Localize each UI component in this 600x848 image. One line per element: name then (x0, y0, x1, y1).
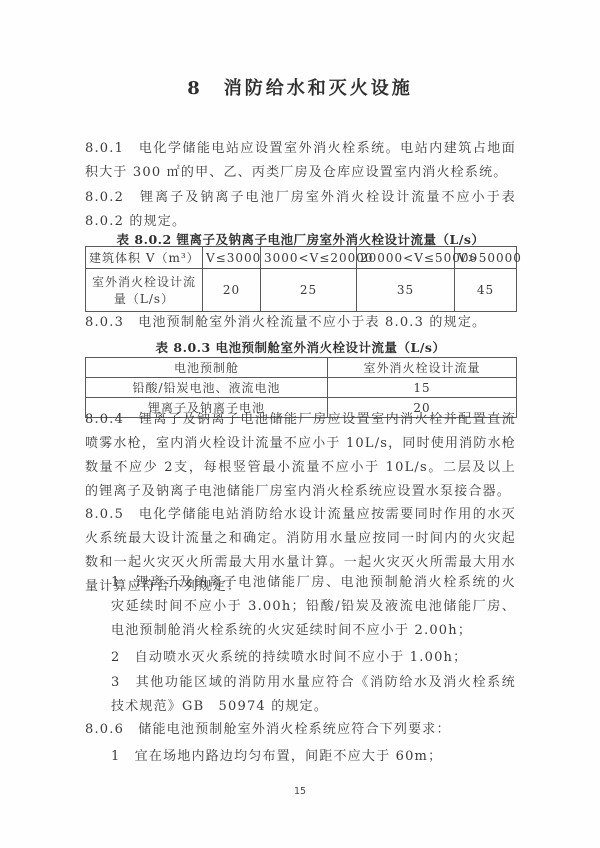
table-header-cell: 20000<V≤50000 (357, 247, 455, 269)
table-cell: 铅酸/铅炭电池、液流电池 (86, 378, 328, 398)
table-header-cell: 室外消火栓设计流量 (328, 358, 517, 378)
table-value-cell: 45 (455, 269, 517, 312)
clause-8-0-2: 8.0.2 锂离子及钠离子电池厂房室外消火栓设计流量不应小于表 8.0.2 的规… (85, 186, 516, 234)
table-value-cell: 25 (261, 269, 357, 312)
table-8-0-2: 建筑体积 V（m³） V≤3000 3000<V≤20000 20000<V≤5… (85, 246, 517, 312)
table-value-cell: 20 (203, 269, 261, 312)
document-page: 8 消防给水和灭火设施 8.0.1 电化学储能电站应设置室外消火栓系统。电站内建… (0, 0, 600, 848)
table-header-cell: V≤3000 (203, 247, 261, 269)
clause-8-0-6-item-1: 1 宜在场地内路边均匀布置，间距不应大于 60m； (85, 745, 516, 769)
clause-8-0-1: 8.0.1 电化学储能电站应设置室外消火栓系统。电站内建筑占地面积大于 300 … (85, 137, 516, 185)
clause-8-0-3: 8.0.3 电池预制舱室外消火栓流量不应小于表 8.0.3 的规定。 (85, 311, 516, 335)
table-row-label: 室外消火栓设计流量（L/s） (86, 269, 203, 312)
clause-8-0-6: 8.0.6 储能电池预制舱室外消火栓系统应符合下列要求： (85, 718, 516, 742)
clause-8-0-4: 8.0.4 锂离子及钠离子电池储能厂房应设置室内消火栓并配置直流喷雾水枪，室内消… (85, 408, 516, 504)
page-number: 15 (0, 786, 600, 797)
table-row: 电池预制舱 室外消火栓设计流量 (86, 358, 517, 378)
clause-8-0-5-item-1: 1 锂离子及钠离子电池储能厂房、电池预制舱消火栓系统的火灾延续时间不应小于 3.… (85, 571, 516, 643)
clause-8-0-5-item-3: 3 其他功能区域的消防用水量应符合《消防给水及消火栓系统技术规范》GB 5097… (85, 671, 516, 719)
table-header-cell: 电池预制舱 (86, 358, 328, 378)
table-header-cell: V>50000 (455, 247, 517, 269)
table-row: 铅酸/铅炭电池、液流电池 15 (86, 378, 517, 398)
page-title: 8 消防给水和灭火设施 (0, 74, 600, 100)
table-row: 建筑体积 V（m³） V≤3000 3000<V≤20000 20000<V≤5… (86, 247, 517, 269)
table-value-cell: 15 (328, 378, 517, 398)
table-value-cell: 35 (357, 269, 455, 312)
clause-8-0-5-item-2: 2 自动喷水灭火系统的持续喷水时间不应小于 1.00h； (85, 646, 516, 670)
table-header-cell: 3000<V≤20000 (261, 247, 357, 269)
table-8-0-3-caption: 表 8.0.3 电池预制舱室外消火栓设计流量（L/s） (85, 338, 516, 356)
table-row: 室外消火栓设计流量（L/s） 20 25 35 45 (86, 269, 517, 312)
table-header-cell: 建筑体积 V（m³） (86, 247, 203, 269)
